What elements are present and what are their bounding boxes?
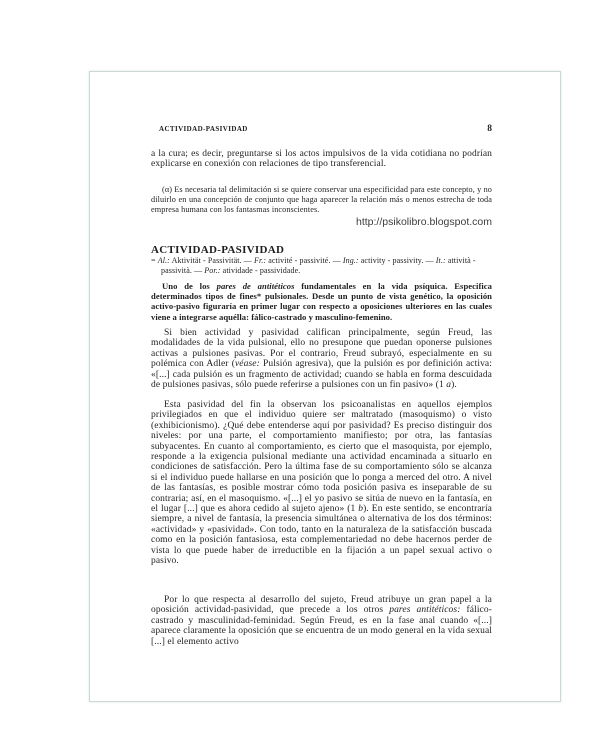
footnote-paragraph: (α) Es necesaria tal delimitación si se …: [151, 185, 492, 216]
intro-paragraph: a la cura; es decir, preguntarse si los …: [151, 149, 492, 170]
entry-translations: = Al.: Aktivität - Passivität. — Fr.: ac…: [151, 256, 502, 276]
running-header-title: ACTIVIDAD-PASIVIDAD: [151, 125, 248, 133]
entry-paragraph-2: Esta pasividad del fin la observan los p…: [151, 400, 492, 567]
running-header: ACTIVIDAD-PASIVIDAD 8: [151, 124, 492, 134]
scanned-book-page: ACTIVIDAD-PASIVIDAD 8 a la cura; es deci…: [89, 71, 561, 702]
entry-paragraph-3: Por lo que respecta al desarrollo del su…: [151, 595, 492, 647]
watermark-url: http://psikolibro.blogspot.com: [151, 216, 492, 228]
entry-title: ACTIVIDAD-PASIVIDAD: [151, 244, 492, 256]
entry-paragraph-1: Si bien actividad y pasividad califican …: [151, 328, 492, 390]
page-number: 8: [487, 124, 492, 134]
entry-definition: Uno de los pares de antitéticos fundamen…: [151, 281, 492, 322]
